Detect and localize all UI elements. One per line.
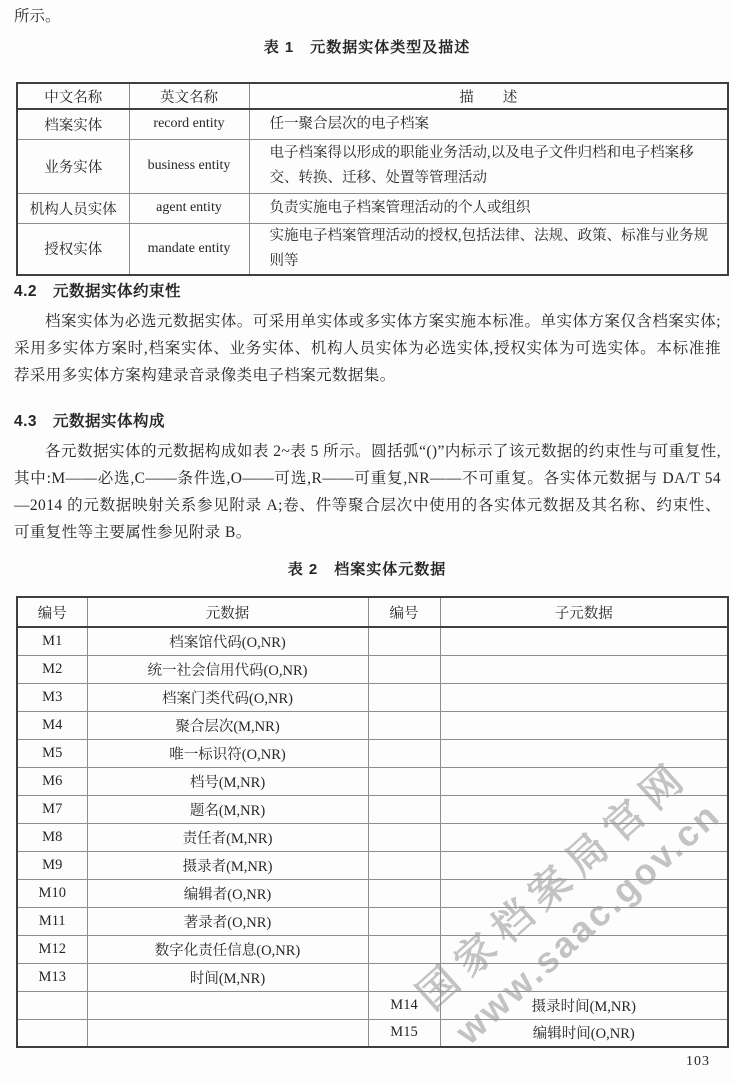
table-row: M3 档案门类代码(O,NR)	[17, 683, 728, 711]
cell-en: business entity	[129, 139, 249, 193]
cell-submeta	[440, 935, 728, 963]
cell-meta	[87, 1019, 368, 1047]
page-number: 103	[686, 1054, 710, 1070]
table-row: M4 聚合层次(M,NR)	[17, 711, 728, 739]
table-row: 档案实体 record entity 任一聚合层次的电子档案	[17, 109, 728, 139]
cell-en: record entity	[129, 109, 249, 139]
table-row: M8 责任者(M,NR)	[17, 823, 728, 851]
cell-submeta	[440, 879, 728, 907]
cell-meta: 档案门类代码(O,NR)	[87, 683, 368, 711]
table-row: 机构人员实体 agent entity 负责实施电子档案管理活动的个人或组织	[17, 193, 728, 223]
table1-entity-types: 中文名称 英文名称 描 述 档案实体 record entity 任一聚合层次的…	[16, 82, 729, 276]
cell-submeta	[440, 711, 728, 739]
cell-meta: 统一社会信用代码(O,NR)	[87, 655, 368, 683]
cell-desc: 实施电子档案管理活动的授权,包括法律、法规、政策、标准与业务规则等	[249, 223, 728, 275]
cell-en: agent entity	[129, 193, 249, 223]
cell-submeta	[440, 823, 728, 851]
table-row: M1 档案馆代码(O,NR)	[17, 627, 728, 655]
cell-subno	[368, 851, 440, 879]
cell-subno	[368, 963, 440, 991]
cell-meta	[87, 991, 368, 1019]
table-row: M12 数字化责任信息(O,NR)	[17, 935, 728, 963]
cell-submeta	[440, 907, 728, 935]
table2-header-no2: 编号	[368, 597, 440, 627]
cell-meta: 时间(M,NR)	[87, 963, 368, 991]
cell-no: M4	[17, 711, 87, 739]
cell-no: M10	[17, 879, 87, 907]
table2-header-row: 编号 元数据 编号 子元数据	[17, 597, 728, 627]
table2-caption: 表 2 档案实体元数据	[0, 558, 734, 579]
cell-no: M8	[17, 823, 87, 851]
cell-meta: 编辑者(O,NR)	[87, 879, 368, 907]
cell-submeta	[440, 683, 728, 711]
table-row: M14 摄录时间(M,NR)	[17, 991, 728, 1019]
table-row: 授权实体 mandate entity 实施电子档案管理活动的授权,包括法律、法…	[17, 223, 728, 275]
table1-header-desc: 描 述	[249, 83, 728, 109]
cell-no: M5	[17, 739, 87, 767]
cell-meta: 题名(M,NR)	[87, 795, 368, 823]
table-row: M9 摄录者(M,NR)	[17, 851, 728, 879]
cell-no: M7	[17, 795, 87, 823]
cell-no	[17, 1019, 87, 1047]
cell-subno	[368, 879, 440, 907]
cell-submeta: 摄录时间(M,NR)	[440, 991, 728, 1019]
cell-meta: 摄录者(M,NR)	[87, 851, 368, 879]
table1-header-cn: 中文名称	[17, 83, 129, 109]
table-row: M11 著录者(O,NR)	[17, 907, 728, 935]
section-4-3-paragraph: 各元数据实体的元数据构成如表 2~表 5 所示。圆括弧“()”内标示了该元数据的…	[14, 438, 721, 546]
table-row: M5 唯一标识符(O,NR)	[17, 739, 728, 767]
cell-cn: 业务实体	[17, 139, 129, 193]
cell-desc: 任一聚合层次的电子档案	[249, 109, 728, 139]
section-4-2-heading: 4.2 元数据实体约束性	[14, 279, 181, 301]
cell-subno	[368, 823, 440, 851]
cell-submeta	[440, 655, 728, 683]
cell-submeta: 编辑时间(O,NR)	[440, 1019, 728, 1047]
cell-desc: 负责实施电子档案管理活动的个人或组织	[249, 193, 728, 223]
cell-no: M3	[17, 683, 87, 711]
cell-meta: 著录者(O,NR)	[87, 907, 368, 935]
cell-meta: 数字化责任信息(O,NR)	[87, 935, 368, 963]
cell-subno: M15	[368, 1019, 440, 1047]
cell-cn: 授权实体	[17, 223, 129, 275]
table2-header-meta: 元数据	[87, 597, 368, 627]
cell-no: M1	[17, 627, 87, 655]
cell-subno	[368, 795, 440, 823]
cell-meta: 档号(M,NR)	[87, 767, 368, 795]
cell-no: M9	[17, 851, 87, 879]
cell-no: M2	[17, 655, 87, 683]
cell-submeta	[440, 627, 728, 655]
cell-submeta	[440, 767, 728, 795]
cell-meta: 责任者(M,NR)	[87, 823, 368, 851]
cell-desc: 电子档案得以形成的职能业务活动,以及电子文件归档和电子档案移交、转换、迁移、处置…	[249, 139, 728, 193]
cell-no: M6	[17, 767, 87, 795]
table1-header-row: 中文名称 英文名称 描 述	[17, 83, 728, 109]
table-row: M15 编辑时间(O,NR)	[17, 1019, 728, 1047]
cell-cn: 机构人员实体	[17, 193, 129, 223]
table-row: M7 题名(M,NR)	[17, 795, 728, 823]
table2-header-no1: 编号	[17, 597, 87, 627]
cell-no: M12	[17, 935, 87, 963]
cell-subno	[368, 907, 440, 935]
table-row: 业务实体 business entity 电子档案得以形成的职能业务活动,以及电…	[17, 139, 728, 193]
intro-text: 所示。	[14, 4, 61, 26]
cell-subno	[368, 711, 440, 739]
table-row: M2 统一社会信用代码(O,NR)	[17, 655, 728, 683]
cell-subno	[368, 739, 440, 767]
cell-subno	[368, 627, 440, 655]
table2-header-submeta: 子元数据	[440, 597, 728, 627]
cell-meta: 档案馆代码(O,NR)	[87, 627, 368, 655]
table2-record-entity-metadata: 编号 元数据 编号 子元数据 M1 档案馆代码(O,NR) M2 统一社会信用代…	[16, 596, 729, 1048]
cell-cn: 档案实体	[17, 109, 129, 139]
table-row: M10 编辑者(O,NR)	[17, 879, 728, 907]
section-4-2-paragraph: 档案实体为必选元数据实体。可采用单实体或多实体方案实施本标准。单实体方案仅含档案…	[14, 308, 721, 389]
cell-meta: 聚合层次(M,NR)	[87, 711, 368, 739]
cell-subno	[368, 683, 440, 711]
table-row: M13 时间(M,NR)	[17, 963, 728, 991]
cell-subno	[368, 767, 440, 795]
cell-subno	[368, 655, 440, 683]
cell-en: mandate entity	[129, 223, 249, 275]
section-4-3-heading: 4.3 元数据实体构成	[14, 409, 165, 431]
cell-submeta	[440, 963, 728, 991]
table1-header-en: 英文名称	[129, 83, 249, 109]
cell-no	[17, 991, 87, 1019]
cell-submeta	[440, 795, 728, 823]
cell-subno	[368, 935, 440, 963]
cell-subno: M14	[368, 991, 440, 1019]
cell-no: M13	[17, 963, 87, 991]
table1-caption: 表 1 元数据实体类型及描述	[0, 36, 734, 57]
cell-no: M11	[17, 907, 87, 935]
cell-submeta	[440, 739, 728, 767]
cell-meta: 唯一标识符(O,NR)	[87, 739, 368, 767]
table-row: M6 档号(M,NR)	[17, 767, 728, 795]
cell-submeta	[440, 851, 728, 879]
